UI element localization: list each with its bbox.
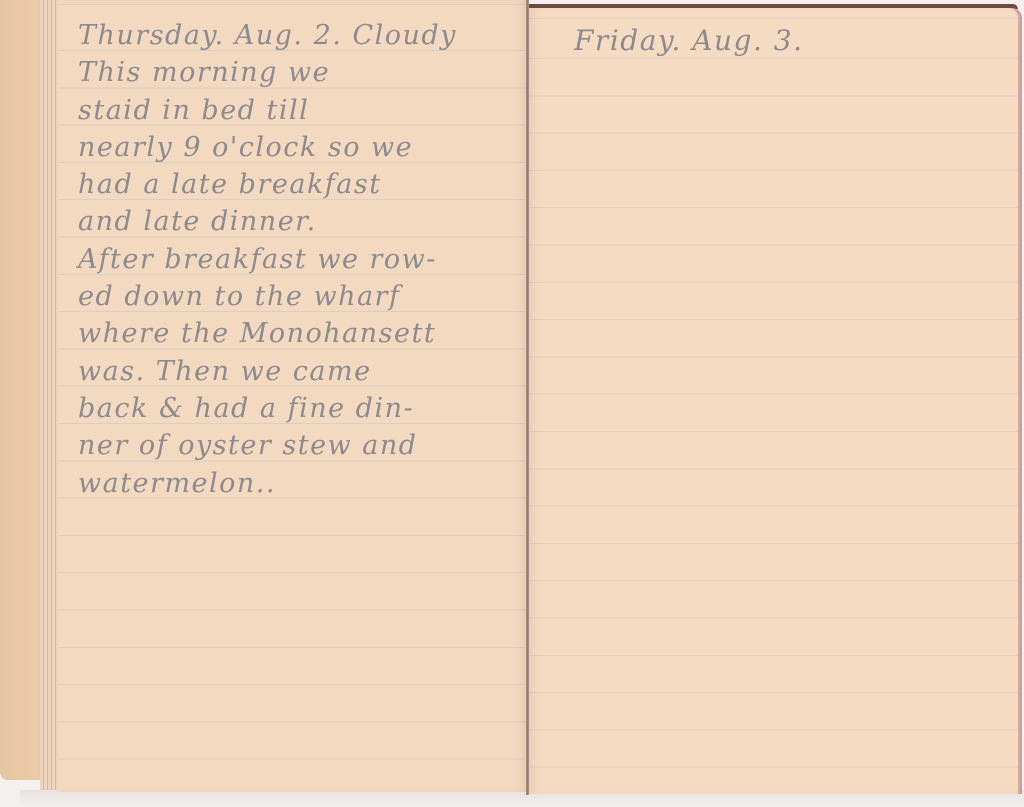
left-page-entry: Thursday. Aug. 2. Cloudy This morning we…	[78, 17, 457, 502]
entry-line: nearly 9 o'clock so we	[78, 129, 457, 166]
entry-heading: Friday. Aug. 3.	[574, 22, 803, 59]
entry-heading: Thursday. Aug. 2. Cloudy	[78, 17, 457, 54]
entry-line: was. Then we came	[78, 353, 457, 390]
binding-gutter	[526, 0, 529, 795]
entry-line: back & had a fine din-	[78, 390, 457, 427]
entry-line: and late dinner.	[78, 203, 457, 240]
entry-line: ner of oyster stew and	[78, 427, 457, 464]
right-page: Friday. Aug. 3.	[528, 8, 1018, 794]
entry-line: watermelon..	[78, 465, 457, 502]
diary-spread: Thursday. Aug. 2. Cloudy This morning we…	[58, 0, 1018, 800]
entry-line: This morning we	[78, 54, 457, 91]
entry-line: After breakfast we row-	[78, 241, 457, 278]
right-page-entry: Friday. Aug. 3.	[574, 22, 803, 59]
entry-line: ed down to the wharf	[78, 278, 457, 315]
entry-line: where the Monohansett	[78, 315, 457, 352]
left-page: Thursday. Aug. 2. Cloudy This morning we…	[58, 0, 528, 792]
entry-line: had a late breakfast	[78, 166, 457, 203]
entry-line: staid in bed till	[78, 92, 457, 129]
